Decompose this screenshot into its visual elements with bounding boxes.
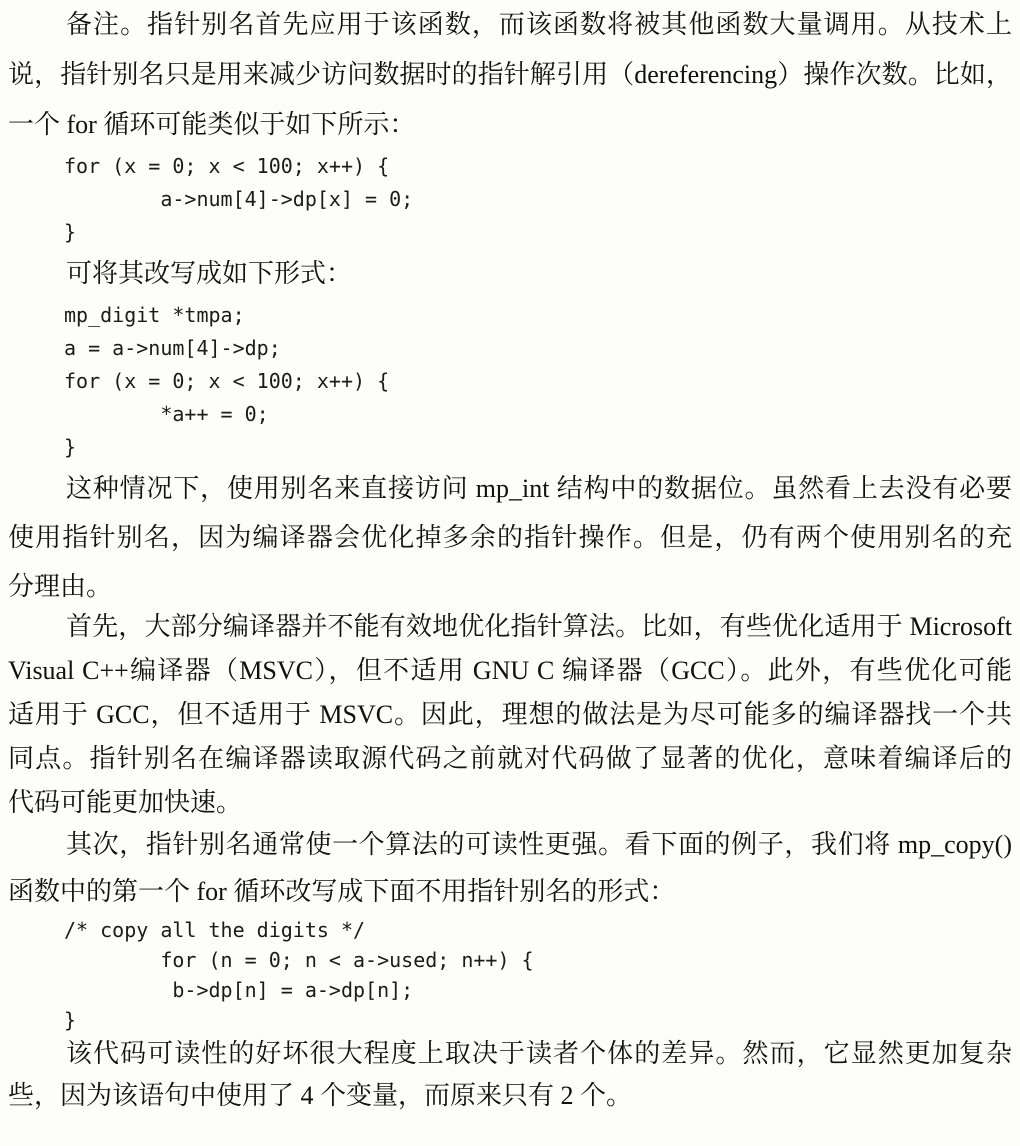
code-line: } bbox=[64, 1005, 1012, 1035]
code-line: for (x = 0; x < 100; x++) { bbox=[64, 150, 1012, 183]
text-line: 可将其改写成如下形式： bbox=[8, 249, 1012, 299]
text-line: Visual C++编译器（MSVC），但不适用 GNU C 编译器（GCC）。… bbox=[8, 649, 1012, 693]
text-line: 说，指针别名只是用来减少访问数据时的指针解引用（dereferencing）操作… bbox=[8, 50, 1012, 100]
code-line: *a++ = 0; bbox=[64, 398, 1012, 431]
text-line: 函数中的第一个 for 循环改写成下面不用指针别名的形式： bbox=[8, 868, 1012, 915]
text-line: 一个 for 循环可能类似于如下所示： bbox=[8, 100, 1012, 150]
text-line: 些，因为该语句中使用了 4 个变量，而原来只有 2 个。 bbox=[8, 1075, 1012, 1117]
code-line: a = a->num[4]->dp; bbox=[64, 332, 1012, 365]
text-line: 同点。指针别名在编译器读取源代码之前就对代码做了显著的优化，意味着编译后的 bbox=[8, 737, 1012, 781]
code-aliased-loop: mp_digit *tmpa;a = a->num[4]->dp;for (x … bbox=[64, 299, 1012, 464]
text-line: 首先，大部分编译器并不能有效地优化指针算法。比如，有些优化适用于 Microso… bbox=[8, 605, 1012, 649]
code-line: for (x = 0; x < 100; x++) { bbox=[64, 365, 1012, 398]
text-line: 该代码可读性的好坏很大程度上取决于读者个体的差异。然而，它显然更加复杂 bbox=[8, 1033, 1012, 1075]
code-line: } bbox=[64, 216, 1012, 249]
code-original-loop: for (x = 0; x < 100; x++) { a->num[4]->d… bbox=[64, 150, 1012, 249]
code-line: a->num[4]->dp[x] = 0; bbox=[64, 183, 1012, 216]
text-line: 代码可能更加快速。 bbox=[8, 781, 1012, 825]
code-line: b->dp[n] = a->dp[n]; bbox=[64, 975, 1012, 1005]
scanned-book-page: 备注。指针别名首先应用于该函数，而该函数将被其他函数大量调用。从技术上说，指针别… bbox=[0, 0, 1020, 1146]
text-line: 使用指针别名，因为编译器会优化掉多余的指针操作。但是，仍有两个使用别名的充 bbox=[8, 513, 1012, 562]
text-line: 适用于 GCC，但不适用于 MSVC。因此，理想的做法是为尽可能多的编译器找一个… bbox=[8, 693, 1012, 737]
code-line: mp_digit *tmpa; bbox=[64, 299, 1012, 332]
text-line: 备注。指针别名首先应用于该函数，而该函数将被其他函数大量调用。从技术上 bbox=[8, 0, 1012, 50]
para-alias-case: 这种情况下，使用别名来直接访问 mp_int 结构中的数据位。虽然看上去没有必要… bbox=[8, 464, 1012, 611]
code-line: } bbox=[64, 431, 1012, 464]
code-copy-loop: /* copy all the digits */ for (n = 0; n … bbox=[64, 915, 1012, 1035]
para-readability: 该代码可读性的好坏很大程度上取决于读者个体的差异。然而，它显然更加复杂些，因为该… bbox=[8, 1033, 1012, 1117]
page-content: 备注。指针别名首先应用于该函数，而该函数将被其他函数大量调用。从技术上说，指针别… bbox=[8, 0, 1012, 1117]
text-line: 这种情况下，使用别名来直接访问 mp_int 结构中的数据位。虽然看上去没有必要 bbox=[8, 464, 1012, 513]
para-first-reason: 首先，大部分编译器并不能有效地优化指针算法。比如，有些优化适用于 Microso… bbox=[8, 605, 1012, 825]
para-second-reason: 其次，指针别名通常使一个算法的可读性更强。看下面的例子，我们将 mp_copy(… bbox=[8, 821, 1012, 915]
para-rewrite-lead: 可将其改写成如下形式： bbox=[8, 249, 1012, 299]
code-line: /* copy all the digits */ bbox=[64, 915, 1012, 945]
para-note: 备注。指针别名首先应用于该函数，而该函数将被其他函数大量调用。从技术上说，指针别… bbox=[8, 0, 1012, 150]
text-line: 其次，指针别名通常使一个算法的可读性更强。看下面的例子，我们将 mp_copy(… bbox=[8, 821, 1012, 868]
text-line: 分理由。 bbox=[8, 562, 1012, 611]
code-line: for (n = 0; n < a->used; n++) { bbox=[64, 945, 1012, 975]
